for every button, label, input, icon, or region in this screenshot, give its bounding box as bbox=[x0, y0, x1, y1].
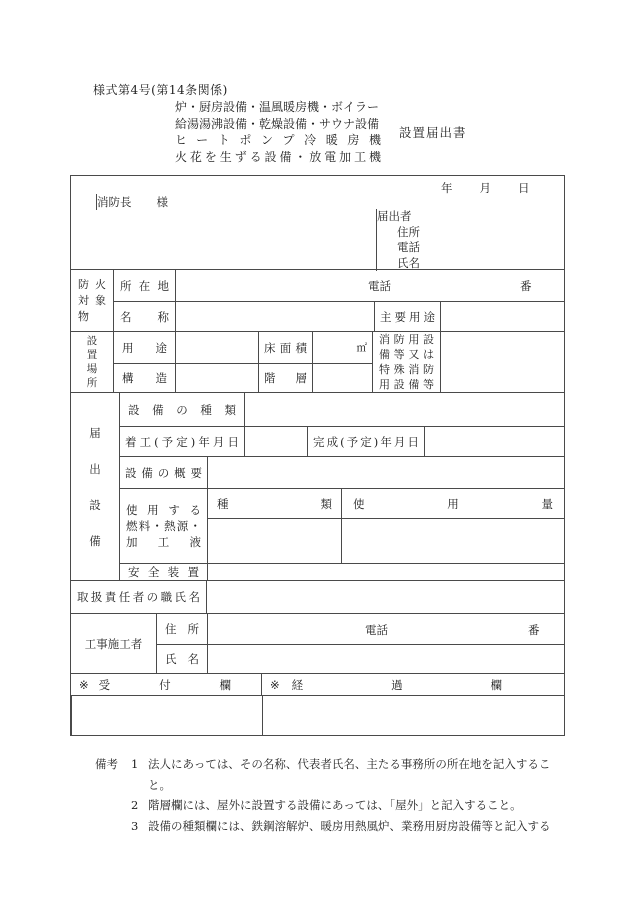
contractor-address-value-cell: 電話 番 bbox=[207, 614, 564, 644]
phone-label: 電話 bbox=[368, 278, 391, 294]
floor-label-cell: 階層 bbox=[258, 364, 312, 392]
contractor-phone-suffix: 番 bbox=[528, 622, 540, 638]
name-label-cell: 名称 bbox=[114, 302, 175, 331]
device-line: 火花を生ずる設備・放電加工機 bbox=[175, 149, 381, 166]
fuel-kind-header-cell: 種類 bbox=[208, 489, 341, 518]
completion-date-label-cell: 完成(予定)年月日 bbox=[307, 427, 424, 456]
document-title: 設置届出書 bbox=[399, 123, 467, 141]
safety-device-value-cell bbox=[207, 564, 564, 580]
reception-stamp-area bbox=[72, 696, 262, 735]
device-line: 炉・厨房設備・温風暖房機・ボイラー bbox=[175, 99, 381, 116]
equipment-kind-value-cell bbox=[244, 393, 564, 426]
remarks-heading: 備考 bbox=[95, 754, 131, 836]
fuel-amount-header-cell: 使用量 bbox=[341, 489, 564, 518]
fire-object-section-label: 防火 対象 物 bbox=[71, 270, 113, 331]
name-value-cell bbox=[175, 302, 374, 331]
notification-form-table: 年 月 日 消防長 様 届出者 住所 電話 氏名 防火 対象 物 bbox=[70, 175, 565, 736]
floor-value-cell bbox=[312, 364, 372, 392]
header-band: 年 月 日 消防長 様 届出者 住所 電話 氏名 bbox=[71, 176, 564, 269]
handler-band: 取扱責任者の職氏名 bbox=[71, 580, 564, 613]
start-date-label-cell: 着工(予定)年月日 bbox=[120, 427, 244, 456]
start-date-value-cell bbox=[244, 427, 307, 456]
equipment-kind-label-cell: 設備の種類 bbox=[120, 393, 244, 426]
addressee-line: 消防長 様 bbox=[96, 194, 168, 210]
use-value-cell bbox=[175, 332, 258, 363]
safety-device-label-cell: 安全装置 bbox=[120, 564, 207, 580]
remarks-block: 備考 1 法人にあっては、その名称、代表者氏名、主たる事務所の所在地を記入するこ… bbox=[95, 754, 563, 836]
structure-label-cell: 構造 bbox=[114, 364, 175, 392]
form-page: 様式第4号(第14条関係) 炉・厨房設備・温風暖房機・ボイラー 給湯湯沸設備・乾… bbox=[0, 0, 630, 903]
year-label: 年 bbox=[441, 180, 453, 196]
office-use-band: ※ 受付欄 ※ 経過欄 bbox=[71, 673, 564, 735]
contractor-address-label-cell: 住所 bbox=[157, 614, 207, 644]
reference-mark: ※ bbox=[71, 678, 89, 692]
contractor-band: 工事施工者 住所 電話 番 氏名 bbox=[71, 613, 564, 673]
contractor-name-label-cell: 氏名 bbox=[157, 645, 207, 673]
fire-equipment-value-cell bbox=[440, 332, 564, 392]
fuel-label-cell: 使用する 燃料・熱源・ 加工液 bbox=[120, 489, 207, 563]
notifier-address-label: 住所 bbox=[397, 225, 420, 241]
reception-column-header: ※ 受付欄 bbox=[71, 674, 261, 695]
notified-equipment-band: 届 出 設 備 設備の種類 着工(予定)年月日 bbox=[71, 392, 564, 580]
device-line: ヒートポンプ冷暖房機 bbox=[175, 132, 381, 149]
fire-object-band: 防火 対象 物 所在地 電話 番 名称 bbox=[71, 269, 564, 331]
completion-date-value-cell bbox=[424, 427, 564, 456]
date-line: 年 月 日 bbox=[441, 180, 530, 196]
remark-item: 3 設備の種類欄には、鉄鋼溶解炉、暖房用熱風炉、業務用厨房設備等と記入する bbox=[131, 816, 563, 837]
use-label-cell: 用途 bbox=[114, 332, 175, 363]
main-use-label-cell: 主要用途 bbox=[374, 302, 440, 331]
form-id: 様式第4号(第14条関係) bbox=[93, 81, 228, 98]
reference-mark: ※ bbox=[262, 678, 280, 692]
equipment-outline-value-cell bbox=[207, 457, 564, 488]
month-label: 月 bbox=[480, 180, 492, 196]
contractor-name-value-cell bbox=[207, 645, 564, 673]
handler-label-cell: 取扱責任者の職氏名 bbox=[71, 581, 206, 613]
honorific-label: 様 bbox=[157, 194, 169, 210]
remark-item: 2 階層欄には、屋外に設置する設備にあっては、「屋外」と記入すること。 bbox=[131, 795, 563, 816]
progress-column-header: ※ 経過欄 bbox=[261, 674, 564, 695]
fire-chief-label: 消防長 bbox=[97, 194, 132, 210]
phone-suffix-label: 番 bbox=[520, 278, 532, 294]
install-place-section-label: 設 置 場 所 bbox=[71, 332, 113, 392]
fuel-amount-value-cell bbox=[341, 519, 564, 563]
floor-area-value-cell: ㎡ bbox=[312, 332, 372, 363]
device-type-lines: 炉・厨房設備・温風暖房機・ボイラー 給湯湯沸設備・乾燥設備・サウナ設備 ヒートポ… bbox=[175, 99, 381, 165]
main-use-value-cell bbox=[440, 302, 564, 331]
notified-equipment-section-label: 届 出 設 備 bbox=[71, 393, 119, 580]
remark-item: 1 法人にあっては、その名称、代表者氏名、主たる事務所の所在地を記入すること。 bbox=[131, 754, 563, 795]
notifier-phone-label: 電話 bbox=[397, 240, 420, 256]
day-label: 日 bbox=[518, 180, 530, 196]
equipment-outline-label-cell: 設備の概要 bbox=[120, 457, 207, 488]
notifier-label: 届出者 bbox=[377, 209, 420, 225]
structure-value-cell bbox=[175, 364, 258, 392]
contractor-phone-label: 電話 bbox=[365, 622, 388, 638]
square-meter-unit: ㎡ bbox=[357, 340, 368, 355]
progress-stamp-area bbox=[262, 696, 564, 735]
title-block: 炉・厨房設備・温風暖房機・ボイラー 給湯湯沸設備・乾燥設備・サウナ設備 ヒートポ… bbox=[175, 99, 467, 165]
notifier-block: 届出者 住所 電話 氏名 bbox=[376, 209, 420, 271]
location-value-cell: 電話 番 bbox=[175, 270, 564, 301]
location-label-cell: 所在地 bbox=[114, 270, 175, 301]
fuel-kind-value-cell bbox=[208, 519, 341, 563]
notifier-name-label: 氏名 bbox=[397, 256, 420, 272]
contractor-section-label: 工事施工者 bbox=[71, 614, 156, 673]
device-line: 給湯湯沸設備・乾燥設備・サウナ設備 bbox=[175, 116, 381, 133]
fire-equipment-label-cell: 消防用設 備等又は 特殊消防 用設備等 bbox=[372, 332, 440, 392]
floor-area-label-cell: 床面積 bbox=[258, 332, 312, 363]
handler-value-cell bbox=[206, 581, 564, 613]
install-place-band: 設 置 場 所 用途 床面積 ㎡ bbox=[71, 331, 564, 392]
